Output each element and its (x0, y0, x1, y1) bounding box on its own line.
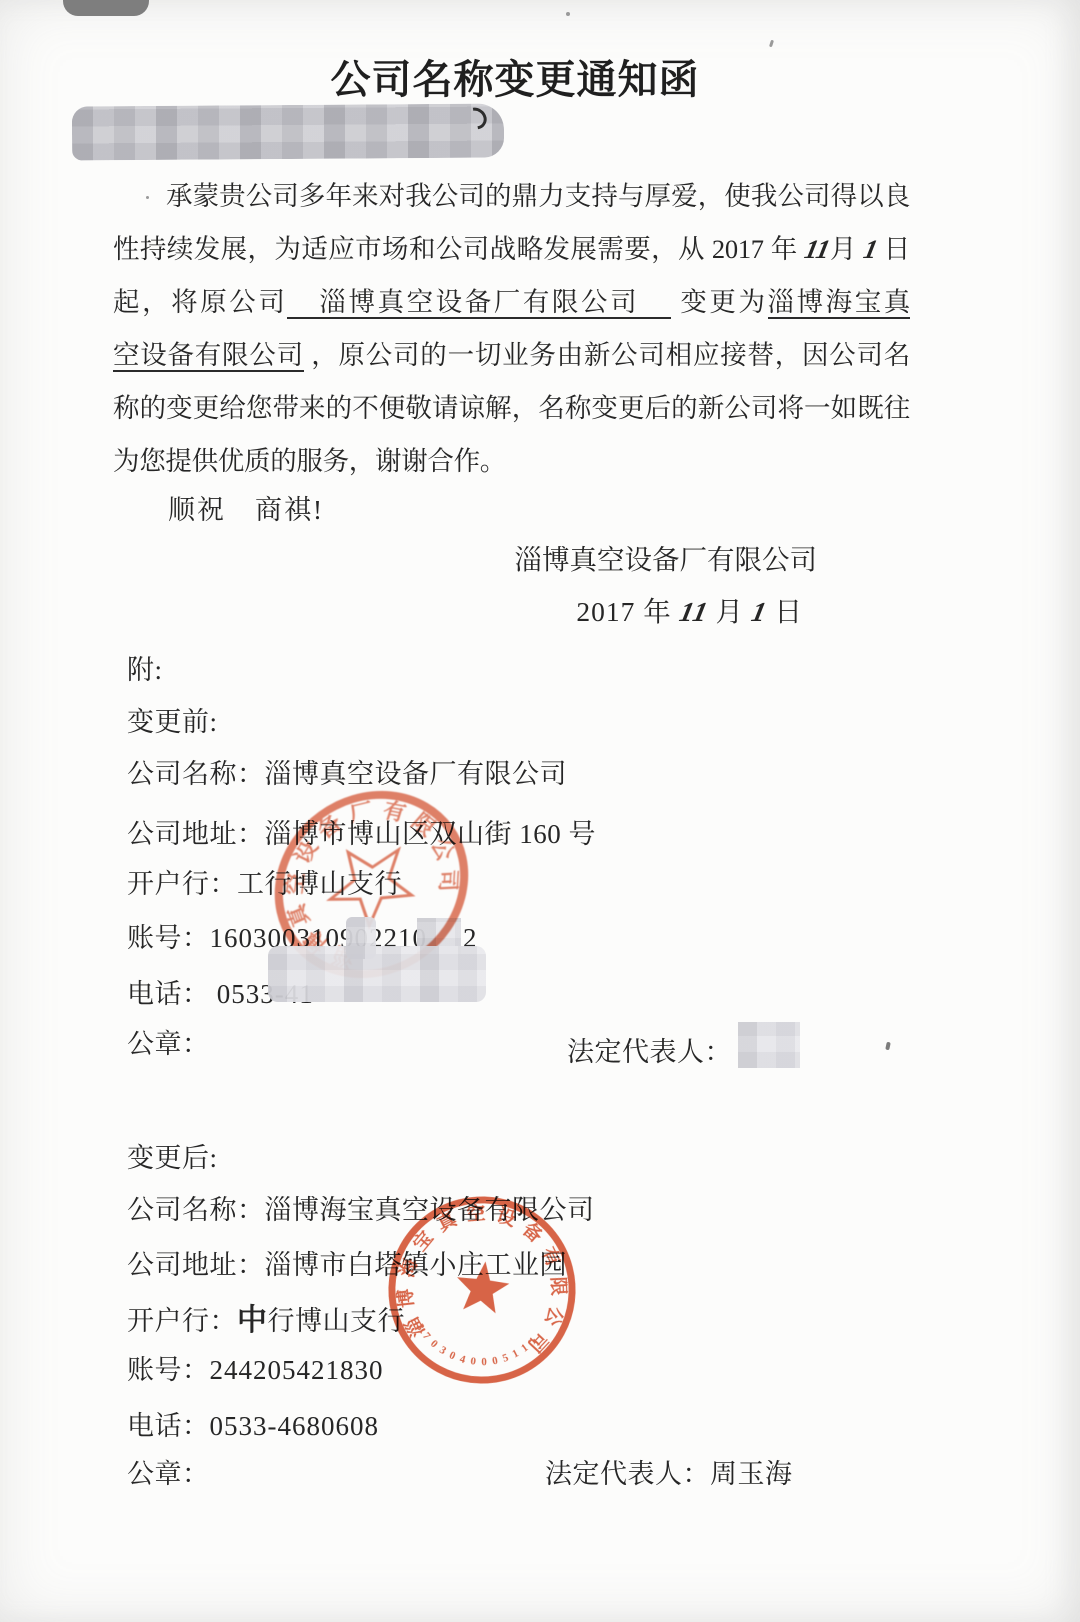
body-text: 性持续发展，为适应市场和公司战略发展需要，从 2017 年 (113, 234, 798, 264)
field-label: 电话： (127, 1411, 210, 1441)
field-label: 公司名称： (127, 759, 265, 789)
body-text: 起，将原公司 (113, 287, 287, 317)
handwritten-month: 11 (799, 223, 835, 276)
signature-block: 淄博真空设备厂有限公司 2017 年 11 月 1 日 (113, 534, 817, 638)
body-text: ，原公司的一切业务由新公司相应接替，因公司名 (311, 340, 910, 370)
phone-number: 0533-4680608 (210, 1411, 380, 1441)
body-text: 日 (884, 234, 910, 264)
svg-text:1: 1 (527, 1335, 539, 1347)
after-section-title: 变更后: (127, 1136, 218, 1175)
after-seal-row: 公章： (127, 1452, 210, 1491)
body-line-6: 为您提供优质的服务，谢谢合作。 (113, 435, 910, 488)
field-value: 淄博真空设备厂有限公司 (265, 759, 568, 789)
phone-redaction-mosaic (268, 946, 486, 1002)
field-label: 公司名称： (127, 1195, 265, 1225)
svg-text:4: 4 (458, 1353, 467, 1366)
after-account-row: 账号：244205421830 (127, 1348, 384, 1387)
body-line-5: 称的变更给您带来的不便敬请谅解，名称变更后的新公司将一如既往 (113, 382, 910, 435)
scan-tab-artifact (63, 0, 149, 16)
svg-text:0: 0 (428, 1338, 440, 1351)
svg-text:1: 1 (510, 1347, 520, 1360)
after-phone-row: 电话：0533-4680608 (127, 1404, 379, 1443)
before-section-title: 变更前: (127, 700, 218, 739)
field-value: 工行博山支行 (237, 869, 402, 899)
svg-text:0: 0 (447, 1349, 457, 1362)
field-value: 淄博市白塔镇小庄工业园 (265, 1250, 568, 1280)
svg-text:司: 司 (435, 869, 462, 892)
body-text: 变更为 (680, 287, 767, 317)
before-address-row: 公司地址：淄博市博山区双山街 160 号 (127, 812, 596, 851)
after-address-row: 公司地址：淄博市白塔镇小庄工业园 (127, 1243, 567, 1282)
field-label: 公章： (127, 1459, 210, 1489)
after-legal-rep-row: 法定代表人：周玉海 (545, 1452, 793, 1491)
handwritten-month: 11 (674, 586, 713, 638)
field-label: 公司地址： (127, 1250, 265, 1280)
closing-salutation: 顺祝 商祺! (168, 488, 324, 527)
field-label: 开户行： (127, 1306, 237, 1336)
body-text: 为您提供优质的服务，谢谢合作。 (113, 446, 506, 476)
account-redaction-overlay (346, 917, 376, 959)
handwritten-bank-char: 中 (237, 1304, 268, 1337)
old-company-name-underlined: 淄博真空设备厂有限公司 (287, 287, 671, 319)
legal-rep-name: 周玉海 (710, 1459, 793, 1489)
letter-body: 承蒙贵公司多年来对我公司的鼎力支持与厚爱，使我公司得以良 性持续发展，为适应市场… (113, 170, 910, 488)
before-company-row: 公司名称：淄博真空设备厂有限公司 (127, 752, 567, 791)
svg-text:5: 5 (501, 1352, 511, 1365)
svg-text:0: 0 (481, 1356, 487, 1368)
account-number: 244205421830 (210, 1355, 384, 1385)
scanned-letter-page: 公司名称变更通知函 承蒙贵公司多年来对我公司的鼎力支持与厚爱，使我公司得以良 性… (0, 0, 1080, 1622)
recipient-redaction-mosaic (72, 103, 504, 160)
attachment-heading: 附: (127, 648, 163, 687)
date-month-label: 月 (708, 596, 752, 627)
field-label: 法定代表人： (545, 1459, 710, 1489)
date-year: 2017 年 (576, 596, 679, 627)
scan-speck (885, 1042, 891, 1051)
body-line-4: 空设备有限公司 ，原公司的一切业务由新公司相应接替，因公司名 (113, 329, 910, 382)
signature-company: 淄博真空设备厂有限公司 (113, 534, 817, 586)
field-label: 账号： (127, 1355, 210, 1385)
field-label: 法定代表人： (567, 1037, 732, 1067)
field-value: 淄博海宝真空设备有限公司 (265, 1195, 595, 1225)
new-company-name-underlined-cont: 空设备有限公司 (113, 340, 304, 372)
scan-speck (769, 40, 774, 48)
signature-date: 2017 年 11 月 1 日 (113, 586, 817, 638)
field-label: 开户行： (127, 869, 237, 899)
svg-text:司: 司 (523, 1328, 552, 1357)
svg-text:7: 7 (420, 1330, 433, 1342)
before-bank-row: 开户行：工行博山支行 (127, 862, 402, 901)
field-label: 账号： (127, 923, 210, 953)
handwritten-day: 1 (858, 223, 882, 276)
body-text: 称的变更给您带来的不便敬请谅解，名称变更后的新公司将一如既往 (113, 393, 910, 423)
svg-text:0: 0 (491, 1355, 499, 1368)
field-value: 行博山支行 (268, 1306, 406, 1336)
body-text: 承蒙贵公司多年来对我公司的鼎力支持与厚爱，使我公司得以良 (166, 181, 910, 211)
svg-text:3: 3 (414, 1322, 427, 1333)
field-label: 公章： (127, 1029, 210, 1059)
svg-text:0: 0 (470, 1355, 477, 1368)
new-company-name-underlined: 淄博海宝真 (768, 287, 910, 319)
scan-speck (566, 12, 570, 16)
field-value: 淄博市博山区双山街 160 号 (265, 819, 597, 849)
after-company-row: 公司名称：淄博海宝真空设备有限公司 (127, 1188, 595, 1227)
after-bank-row: 开户行：中行博山支行 (127, 1295, 405, 1339)
svg-text:公: 公 (540, 1304, 567, 1329)
body-line-3: 起，将原公司淄博真空设备厂有限公司 变更为淄博海宝真 (113, 276, 910, 329)
scan-speck (146, 196, 149, 199)
field-label: 电话： (127, 979, 210, 1009)
body-line-2: 性持续发展，为适应市场和公司战略发展需要，从 2017 年 11月 1 日 (113, 223, 910, 276)
date-day-label: 日 (767, 596, 803, 627)
before-legal-rep-row: 法定代表人： (567, 1022, 800, 1069)
before-seal-row: 公章： (127, 1022, 210, 1061)
field-label: 公司地址： (127, 819, 265, 849)
page-title: 公司名称变更通知函 (0, 48, 1030, 105)
body-line-1: 承蒙贵公司多年来对我公司的鼎力支持与厚爱，使我公司得以良 (113, 170, 910, 223)
legal-rep-redaction-mosaic (738, 1022, 800, 1068)
svg-text:3: 3 (437, 1344, 449, 1357)
svg-text:1: 1 (519, 1342, 530, 1355)
body-text: 月 (829, 234, 857, 264)
